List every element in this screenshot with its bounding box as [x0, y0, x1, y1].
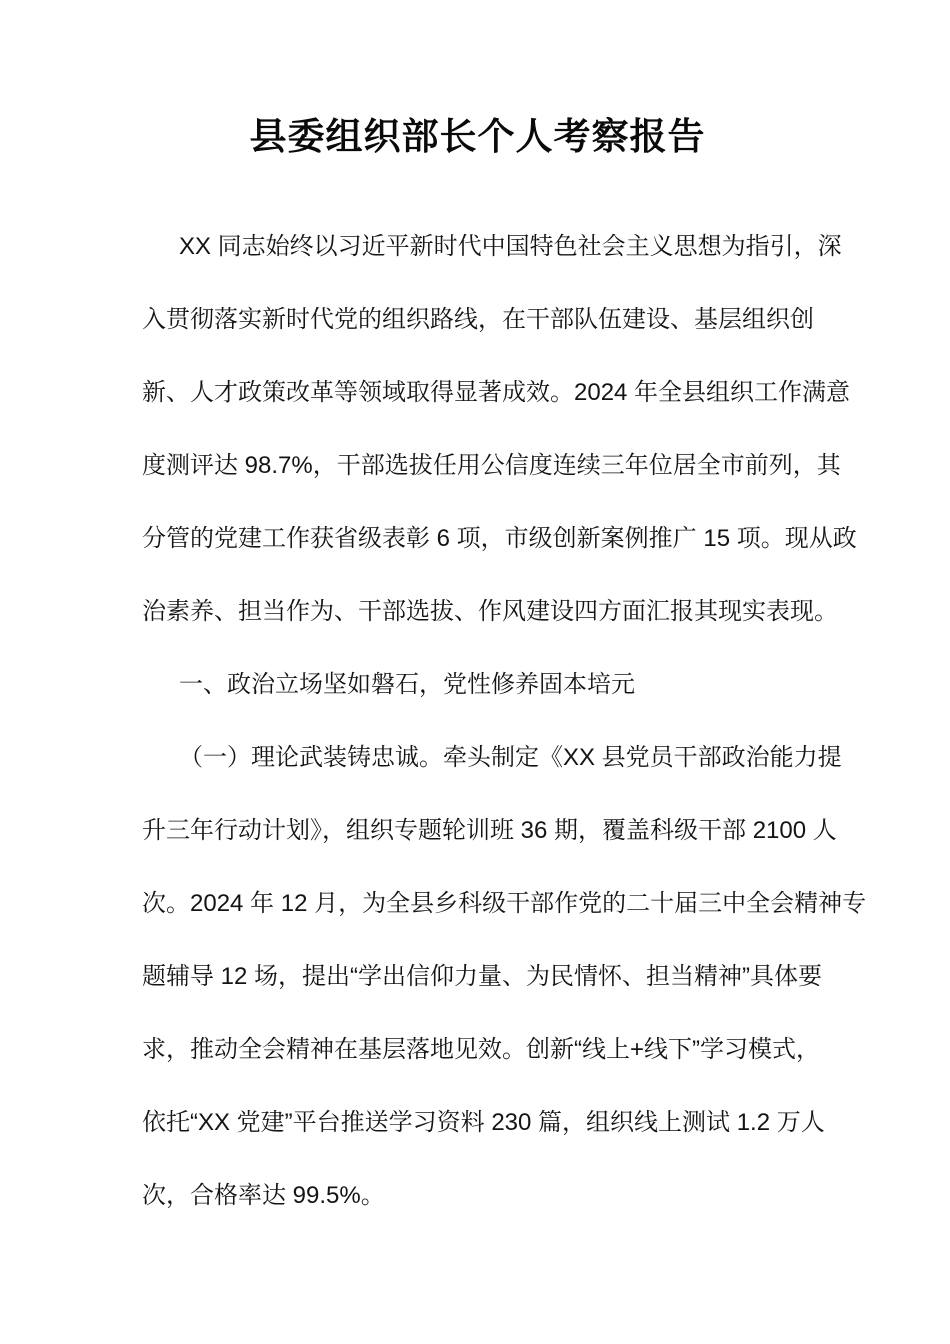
- paragraph-line: XX 同志始终以习近平新时代中国特色社会主义思想为指引，深: [142, 210, 813, 283]
- paragraph-line: 升三年行动计划》，组织专题轮训班 36 期，覆盖科级干部 2100 人: [142, 794, 813, 867]
- paragraph-line: 新、人才政策改革等领域取得显著成效。2024 年全县组织工作满意: [142, 356, 813, 429]
- document-page: 县委组织部长个人考察报告 XX 同志始终以习近平新时代中国特色社会主义思想为指引…: [0, 0, 950, 1344]
- paragraph-line: 度测评达 98.7%，干部选拔任用公信度连续三年位居全市前列，其: [142, 429, 813, 502]
- paragraph-line: 题辅导 12 场，提出“学出信仰力量、为民情怀、担当精神”具体要: [142, 940, 813, 1013]
- paragraph-line: 次。2024 年 12 月，为全县乡科级干部作党的二十届三中全会精神专: [142, 867, 813, 940]
- document-content: 县委组织部长个人考察报告 XX 同志始终以习近平新时代中国特色社会主义思想为指引…: [142, 98, 813, 1232]
- paragraph-line: 求，推动全会精神在基层落地见效。创新“线上+线下”学习模式，: [142, 1013, 813, 1086]
- paragraph-line: 次，合格率达 99.5%。: [142, 1159, 813, 1232]
- document-title: 县委组织部长个人考察报告: [142, 98, 813, 178]
- section-heading: 一、政治立场坚如磐石，党性修养固本培元: [142, 648, 813, 721]
- document-body: XX 同志始终以习近平新时代中国特色社会主义思想为指引，深 入贯彻落实新时代党的…: [142, 210, 813, 1232]
- paragraph-line: （一）理论武装铸忠诚。牵头制定《XX 县党员干部政治能力提: [142, 721, 813, 794]
- paragraph-line: 入贯彻落实新时代党的组织路线，在干部队伍建设、基层组织创: [142, 283, 813, 356]
- paragraph-line: 依托“XX 党建”平台推送学习资料 230 篇，组织线上测试 1.2 万人: [142, 1086, 813, 1159]
- paragraph-line: 分管的党建工作获省级表彰 6 项，市级创新案例推广 15 项。现从政: [142, 502, 813, 575]
- paragraph-line: 治素养、担当作为、干部选拔、作风建设四方面汇报其现实表现。: [142, 575, 813, 648]
